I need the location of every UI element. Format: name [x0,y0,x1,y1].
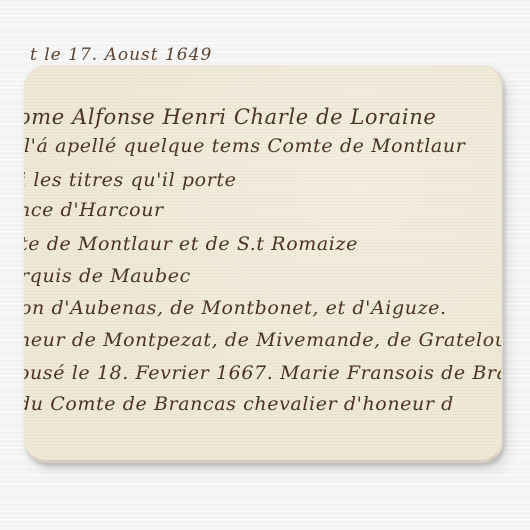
manuscript-line-titles: i les titres qu'il porte [24,171,236,190]
manuscript-line-harcour: nce d'Harcour [24,201,164,220]
manuscript-line-date: t le 17. Aoust 1649 [30,47,212,64]
manuscript-line-called: l'á apellé quelque tems Comte de Montlau… [24,137,465,156]
mousepad: ome Alfonse Henri Charle de Loraine l'á … [24,65,503,463]
manuscript-line-name: ome Alfonse Henri Charle de Loraine [24,107,436,128]
manuscript-line-marriage: ousé le 18. Fevrier 1667. Marie Fransois… [24,364,503,383]
manuscript-line-montlaur: te de Montlaur et de S.t Romaize [24,235,358,254]
product-scene: t le 17. Aoust 1649 ome Alfonse Henri Ch… [0,0,530,530]
manuscript-line-montpezat: neur de Montpezat, de Mivemande, de Grat… [24,331,503,350]
manuscript-line-maubec: rquis de Maubec [24,267,191,286]
manuscript-line-brancas: du Comte de Brancas chevalier d'honeur d [24,395,454,414]
manuscript-line-aubenas: on d'Aubenas, de Montbonet, et d'Aiguze. [24,299,447,318]
